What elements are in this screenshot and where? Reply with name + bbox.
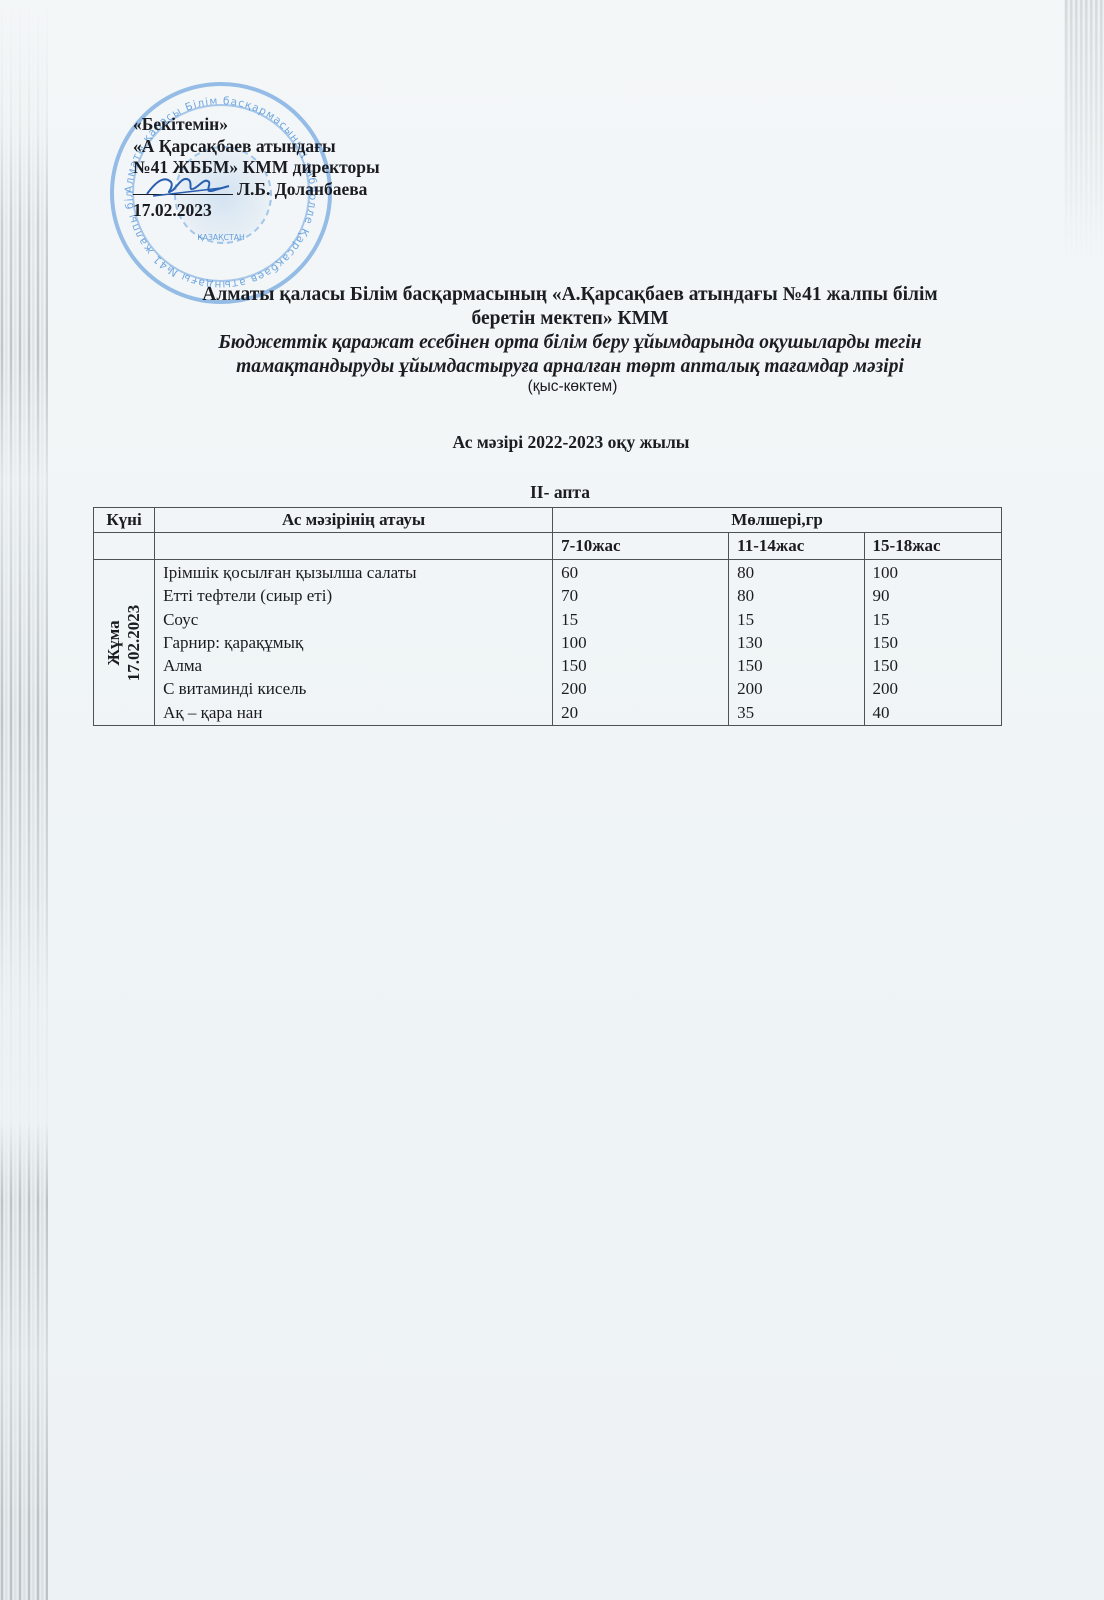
amount-value: 80 [737,561,855,584]
amount-value: 200 [737,677,855,700]
amount-value: 150 [561,654,720,677]
weekday-label: Жұма [104,604,124,681]
amount-value: 150 [737,654,855,677]
dish-name: Гарнир: қарақұмық [163,631,544,654]
amount-value: 40 [873,701,993,724]
amount-value: 15 [561,608,720,631]
season-label: (қыс-көктем) [120,378,1025,396]
dish-list: Ірімшік қосылған қызылша салатыЕтті тефт… [155,560,553,726]
document-subtitle: Бюджеттік қаражат есебінен орта білім бе… [130,331,1010,378]
subheader-empty-day [94,533,155,560]
menu-year-title: Ас мәзірі 2022-2023 оқу жылы [120,432,1022,453]
approved-label: «Бекітемін» [133,114,380,136]
approval-date: 17.02.2023 [133,200,380,222]
amounts-7-10: 60701510015020020 [553,560,729,726]
table-row: Жұма 17.02.2023 Ірімшік қосылған қызылша… [94,560,1002,726]
amounts-15-18: 100901515015020040 [864,560,1001,726]
document-title: Алматы қаласы Білім басқармасының «А.Қар… [120,283,1020,331]
amount-value: 20 [561,701,720,724]
header-day: Күні [94,508,155,533]
amount-value: 100 [561,631,720,654]
amount-value: 130 [737,631,855,654]
dish-name: Ірімшік қосылған қызылша салаты [163,561,544,584]
day-cell: Жұма 17.02.2023 [94,560,155,726]
amount-value: 35 [737,701,855,724]
title-line-1: Алматы қаласы Білім басқармасының «А.Қар… [120,283,1020,307]
dish-name: Етті тефтели (сиыр еті) [163,584,544,607]
dish-name: С витаминді кисель [163,677,544,700]
signature-line [133,180,233,195]
scan-artifact-left [0,0,48,1600]
amount-value: 70 [561,584,720,607]
menu-table: Күні Ас мәзірінің атауы Мөлшері,гр 7-10ж… [93,507,1002,726]
header-dish: Ас мәзірінің атауы [155,508,553,533]
header-age-15-18: 15-18жас [864,533,1001,560]
amount-value: 90 [873,584,993,607]
signatory-name: Л.Б. Доланбаева [237,179,367,199]
amounts-11-14: 80801513015020035 [729,560,864,726]
amount-value: 200 [561,677,720,700]
table-header-row: Күні Ас мәзірінің атауы Мөлшері,гр [94,508,1002,533]
dish-name: Ақ – қара нан [163,701,544,724]
amount-value: 200 [873,677,993,700]
dish-name: Алма [163,654,544,677]
header-amount: Мөлшері,гр [553,508,1002,533]
header-age-11-14: 11-14жас [729,533,864,560]
scan-artifact-right [1064,0,1104,260]
amount-value: 15 [873,608,993,631]
amount-value: 150 [873,654,993,677]
amount-value: 100 [873,561,993,584]
subtitle-line-1: Бюджеттік қаражат есебінен орта білім бе… [130,331,1010,355]
dish-name: Соус [163,608,544,631]
amount-value: 80 [737,584,855,607]
amount-value: 150 [873,631,993,654]
svg-text:ҚАЗАҚСТАН: ҚАЗАҚСТАН [197,233,245,242]
subtitle-line-2: тамақтандыруды ұйымдастыруға арналған тө… [130,355,1010,379]
week-title: II- апта [120,482,1000,503]
title-line-2: беретін мектеп» КММ [120,307,1020,331]
header-age-7-10: 7-10жас [553,533,729,560]
document-page: Алматы қаласы Білім басқармасының «Абдол… [0,0,1104,1600]
amount-value: 15 [737,608,855,631]
subheader-empty-dish [155,533,553,560]
approval-block: «Бекітемін» «А Қарсақбаев атындағы №41 Ж… [133,114,380,222]
signature-icon [143,172,233,200]
amount-value: 60 [561,561,720,584]
approval-org-line1: «А Қарсақбаев атындағы [133,136,380,158]
table-subheader-row: 7-10жас 11-14жас 15-18жас [94,533,1002,560]
day-date: 17.02.2023 [124,604,144,681]
